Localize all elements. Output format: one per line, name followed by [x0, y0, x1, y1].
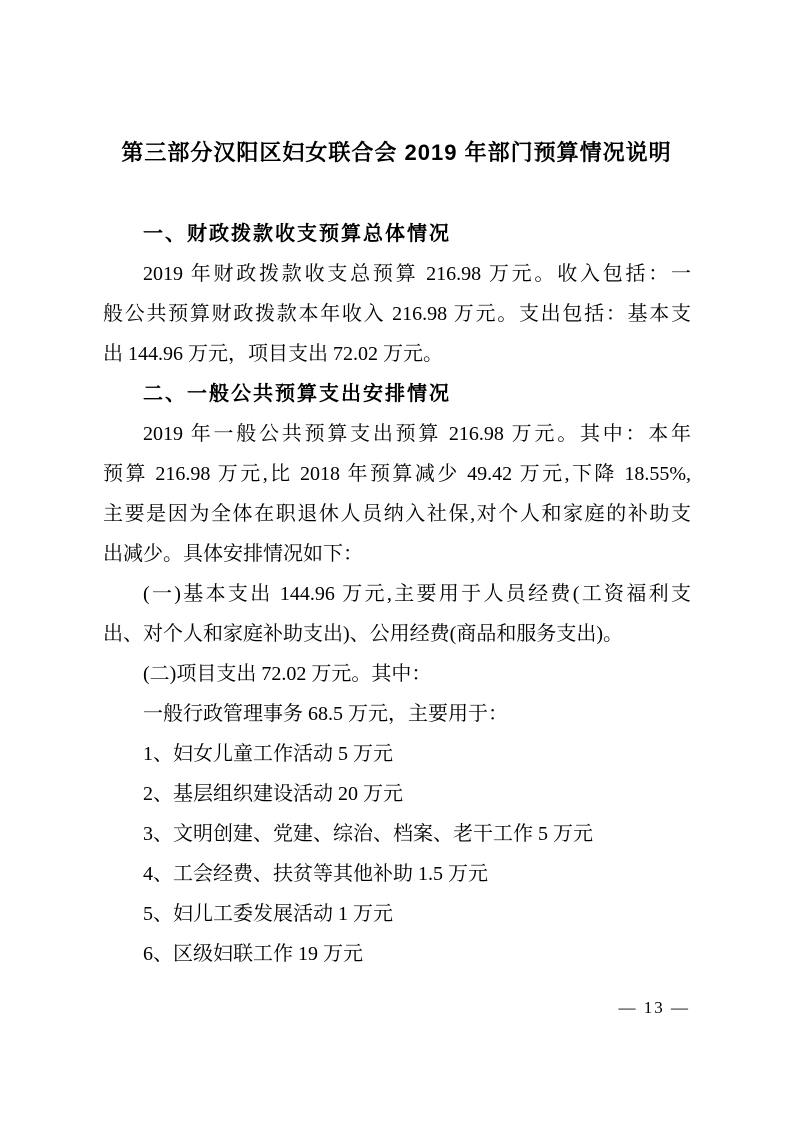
- text-line: 6、区级妇联工作 19 万元: [103, 934, 691, 974]
- text-line: 出、对个人和家庭补助支出)、公用经费(商品和服务支出)。: [103, 614, 691, 654]
- document-page: 第三部分汉阳区妇女联合会 2019 年部门预算情况说明 一、财政拨款收支预算总体…: [0, 0, 793, 1122]
- section-heading: 一、财政拨款收支预算总体情况: [103, 214, 691, 254]
- text-line: 2019 年财政拨款收支总预算 216.98 万元。收入包括：一: [103, 254, 691, 294]
- text-line: 4、工会经费、扶贫等其他补助 1.5 万元: [103, 854, 691, 894]
- text-line: 般公共预算财政拨款本年收入 216.98 万元。支出包括：基本支: [103, 294, 691, 334]
- text-line: 2019 年一般公共预算支出预算 216.98 万元。其中：本年: [103, 414, 691, 454]
- text-line: 预算 216.98 万元,比 2018 年预算减少 49.42 万元,下降 18…: [103, 454, 691, 494]
- text-line: 1、妇女儿童工作活动 5 万元: [103, 734, 691, 774]
- text-line: (一)基本支出 144.96 万元,主要用于人员经费(工资福利支: [103, 574, 691, 614]
- text-line: 出减少。具体安排情况如下：: [103, 534, 691, 574]
- text-line: 2、基层组织建设活动 20 万元: [103, 774, 691, 814]
- text-line: (二)项目支出 72.02 万元。其中：: [103, 654, 691, 694]
- text-line: 主要是因为全体在职退休人员纳入社保,对个人和家庭的补助支: [103, 494, 691, 534]
- text-line: 出 144.96 万元，项目支出 72.02 万元。: [103, 334, 691, 374]
- page-title: 第三部分汉阳区妇女联合会 2019 年部门预算情况说明: [0, 136, 793, 167]
- text-line: 一般行政管理事务 68.5 万元，主要用于：: [103, 694, 691, 734]
- text-line: 3、文明创建、党建、综治、档案、老干工作 5 万元: [103, 814, 691, 854]
- text-line: 5、妇儿工委发展活动 1 万元: [103, 894, 691, 934]
- page-number: — 13 —: [619, 998, 691, 1018]
- section-heading: 二、一般公共预算支出安排情况: [103, 374, 691, 414]
- document-body: 一、财政拨款收支预算总体情况2019 年财政拨款收支总预算 216.98 万元。…: [103, 214, 691, 974]
